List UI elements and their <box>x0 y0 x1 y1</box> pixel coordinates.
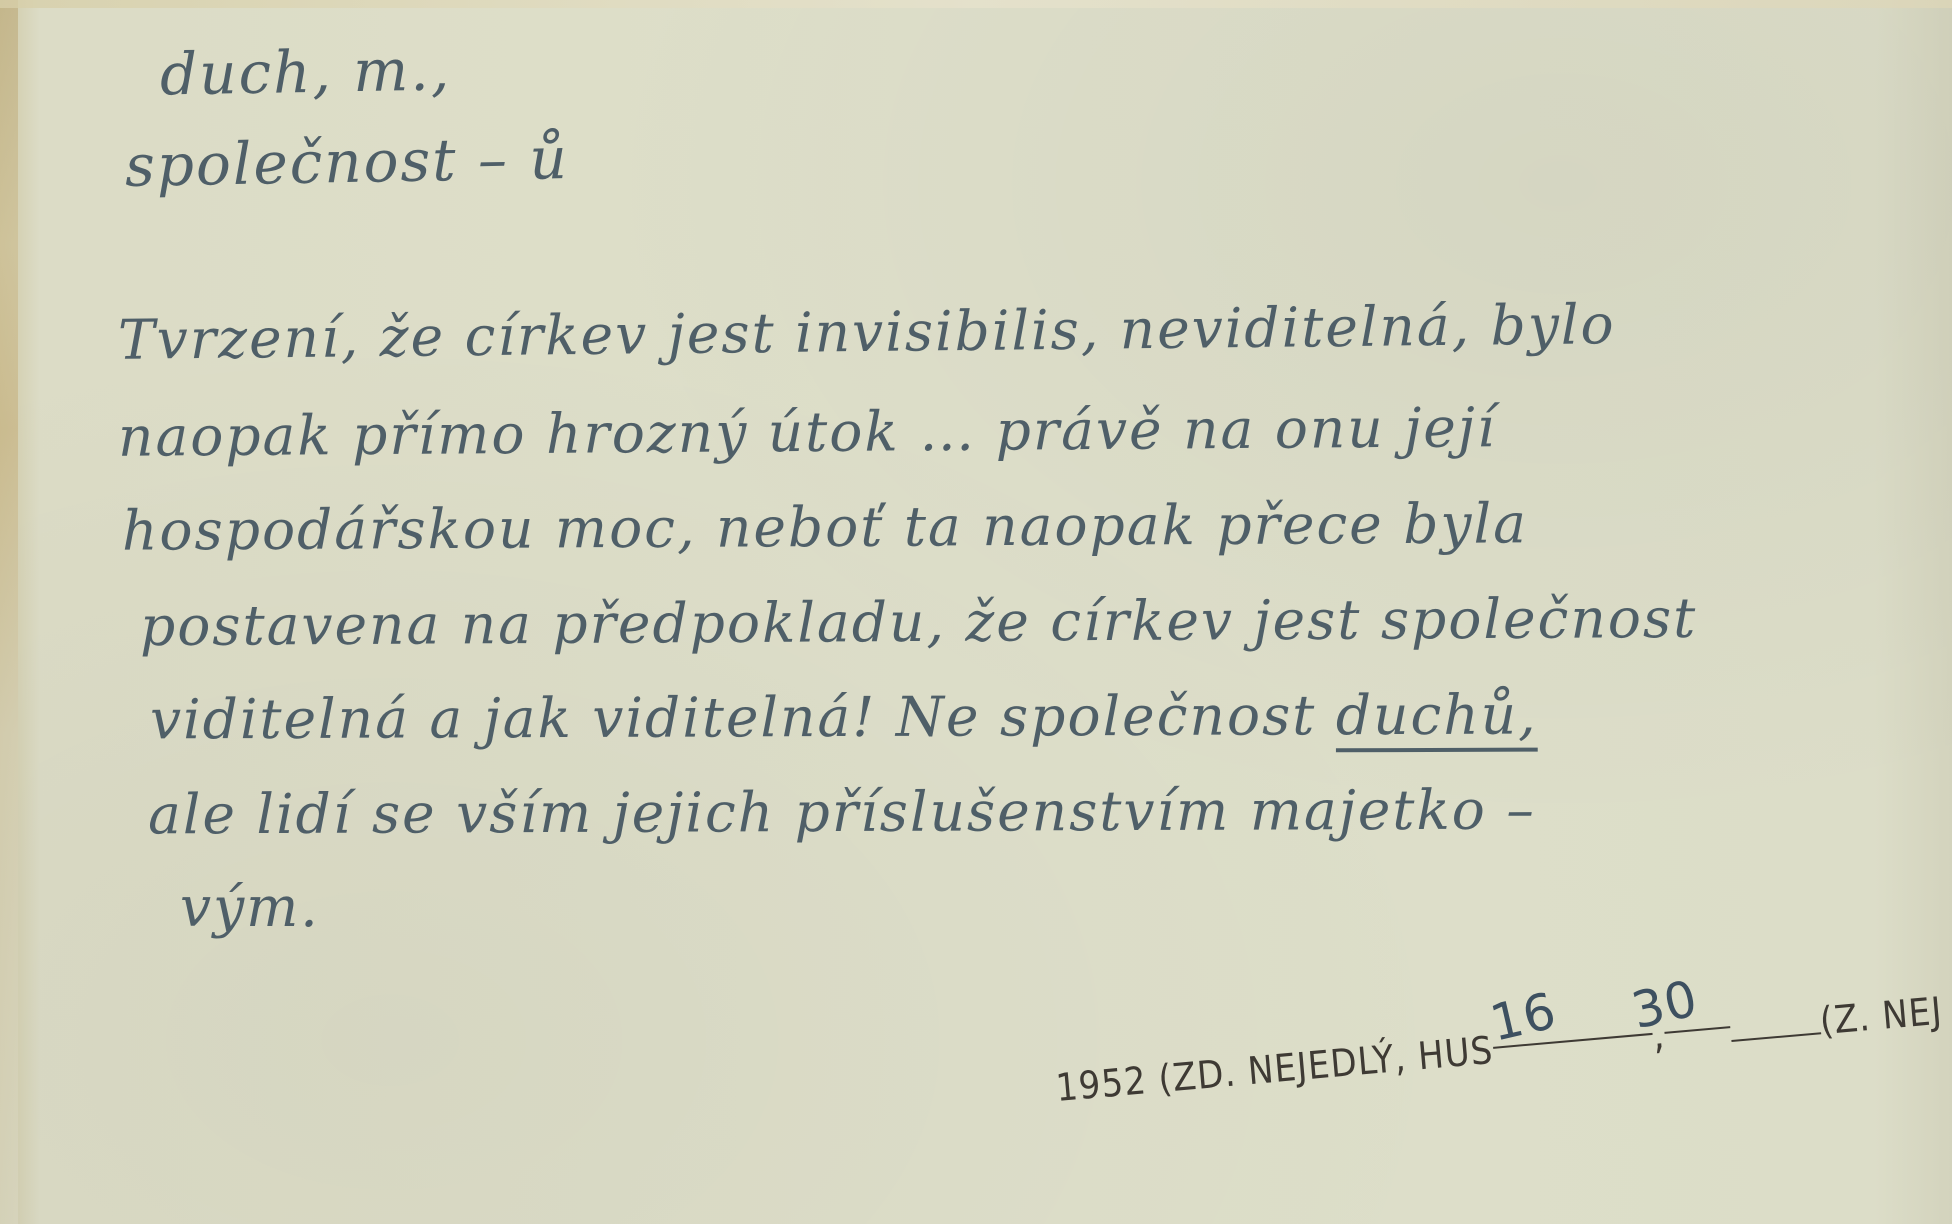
citation-source: (ZD. NEJEDLÝ, HUS <box>1157 1028 1496 1101</box>
quote-line-5-text: viditelná a jak viditelná! Ne společnost <box>150 683 1317 751</box>
citation-continuation: (Z. NEJ <box>1818 989 1944 1044</box>
citation-volume: 16 <box>1485 981 1562 1052</box>
quote-line-3: hospodářskou moc, neboť ta naopak přece … <box>122 491 1528 562</box>
subentry: společnost – ů <box>124 124 569 200</box>
quote-line-4: postavena na předpokladu, že církev jest… <box>140 586 1698 658</box>
index-card: duch, m., společnost – ů Tvrzení, že cír… <box>0 0 1952 1224</box>
source-citation: 1952 (ZD. NEJEDLÝ, HUS16,30(Z. NEJ <box>1053 978 1944 1111</box>
quote-line-2: naopak přímo hrozný útok … právě na onu … <box>118 395 1497 469</box>
citation-year: 1952 <box>1054 1058 1148 1110</box>
page-blank: 30 <box>1662 996 1730 1034</box>
quote-line-7: vým. <box>180 875 320 939</box>
quote-line-5: viditelná a jak viditelná! Ne společnost… <box>150 683 1538 752</box>
quote-line-6: ale lidí se vším jejich příslušenstvím m… <box>148 778 1536 847</box>
headword: duch, m., <box>159 35 451 108</box>
quote-line-1: Tvrzení, že církev jest invisibilis, nev… <box>118 292 1616 372</box>
underlined-word: duchů, <box>1336 683 1538 748</box>
extra-blank <box>1729 1002 1821 1042</box>
volume-blank: 16 <box>1490 1003 1652 1049</box>
citation-page: 30 <box>1627 969 1704 1040</box>
